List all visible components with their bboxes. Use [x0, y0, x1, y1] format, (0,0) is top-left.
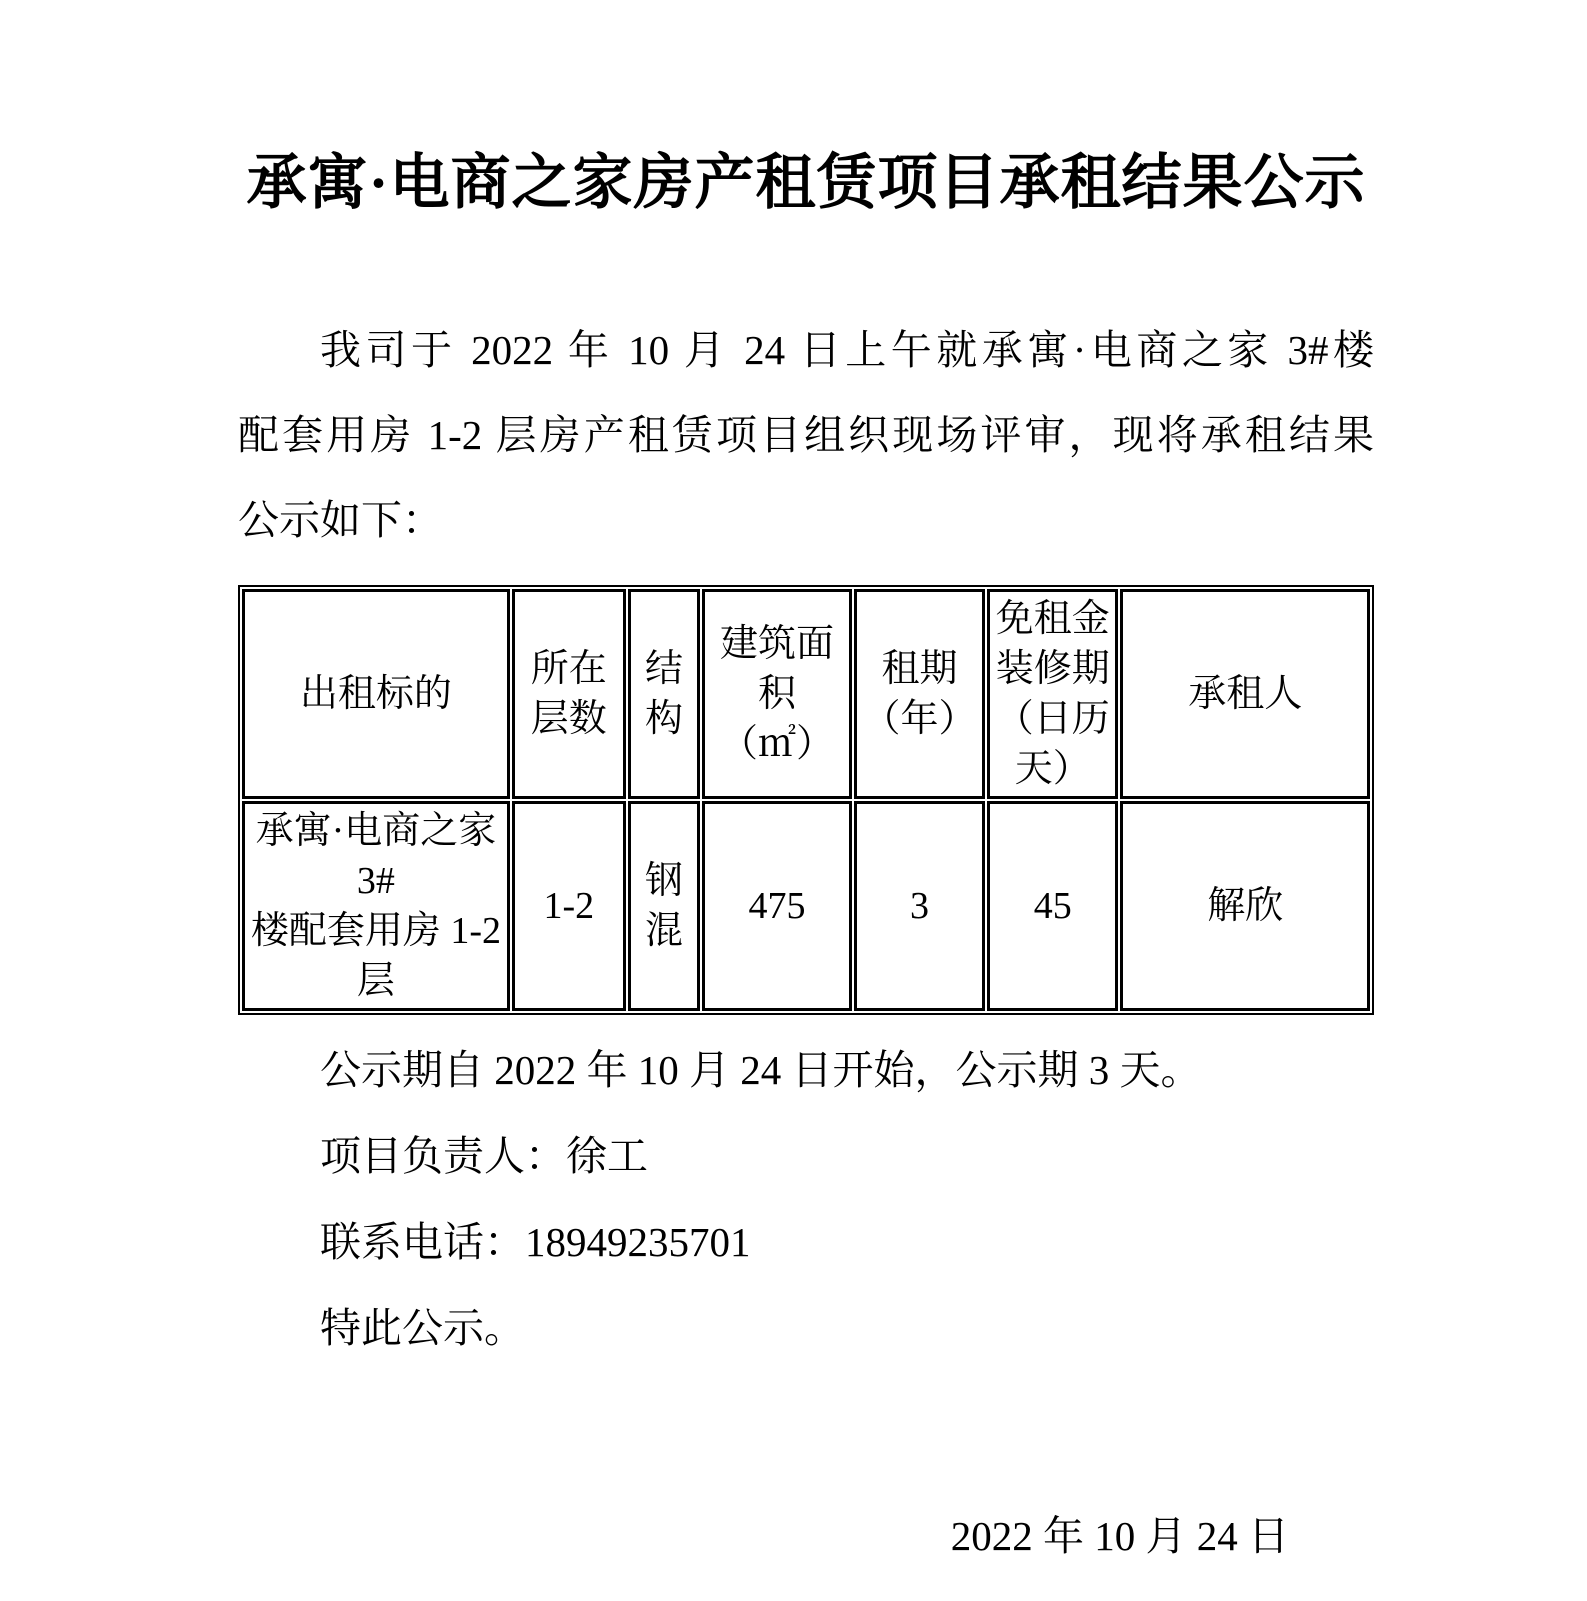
cell-term: 3 — [854, 801, 985, 1011]
header-cell-term: 租期 （年） — [854, 589, 985, 799]
cell-rentfree: 45 — [987, 801, 1118, 1011]
header-cell-lot: 出租标的 — [242, 589, 510, 799]
closing-line-hereby: 特此公示。 — [238, 1285, 1374, 1371]
header-cell-rentfree: 免租金 装修期 （日历 天） — [987, 589, 1118, 799]
closing-paragraph: 公示期自 2022 年 10 月 24 日开始，公示期 3 天。 项目负责人：徐… — [238, 1027, 1374, 1371]
intro-paragraph: 我司于 2022 年 10 月 24 日上午就承寓·电商之家 3#楼 配套用房 … — [238, 308, 1374, 563]
header-cell-floors: 所在 层数 — [512, 589, 626, 799]
header-cell-tenant: 承租人 — [1120, 589, 1370, 799]
cell-floors: 1-2 — [512, 801, 626, 1011]
closing-line-publicity-period: 公示期自 2022 年 10 月 24 日开始，公示期 3 天。 — [238, 1027, 1374, 1113]
cell-tenant: 解欣 — [1120, 801, 1370, 1011]
cell-structure: 钢混 — [628, 801, 700, 1011]
document-title: 承寓·电商之家房产租赁项目承租结果公示 — [238, 150, 1374, 216]
cell-lot: 承寓·电商之家 3# 楼配套用房 1-2 层 — [242, 801, 510, 1011]
closing-line-contact-phone: 联系电话：18949235701 — [238, 1199, 1374, 1285]
header-cell-structure: 结构 — [628, 589, 700, 799]
announcement-document: 承寓·电商之家房产租赁项目承租结果公示 我司于 2022 年 10 月 24 日… — [0, 0, 1587, 1601]
rental-result-table: 出租标的 所在 层数 结构 建筑面积 （㎡） 租期 （年） 免租金 装修期 （日… — [238, 585, 1374, 1015]
intro-line-1: 我司于 2022 年 10 月 24 日上午就承寓·电商之家 3#楼 — [238, 308, 1374, 393]
document-date: 2022 年 10 月 24 日 — [238, 1493, 1374, 1579]
intro-line-2: 配套用房 1-2 层房产租赁项目组织现场评审，现将承租结果 — [238, 393, 1374, 478]
table-header-row: 出租标的 所在 层数 结构 建筑面积 （㎡） 租期 （年） 免租金 装修期 （日… — [242, 589, 1370, 799]
header-cell-area: 建筑面积 （㎡） — [702, 589, 852, 799]
table-data-row: 承寓·电商之家 3# 楼配套用房 1-2 层 1-2 钢混 475 3 45 解… — [242, 801, 1370, 1011]
intro-line-3: 公示如下： — [238, 478, 1374, 563]
closing-line-project-manager: 项目负责人：徐工 — [238, 1113, 1374, 1199]
cell-area: 475 — [702, 801, 852, 1011]
